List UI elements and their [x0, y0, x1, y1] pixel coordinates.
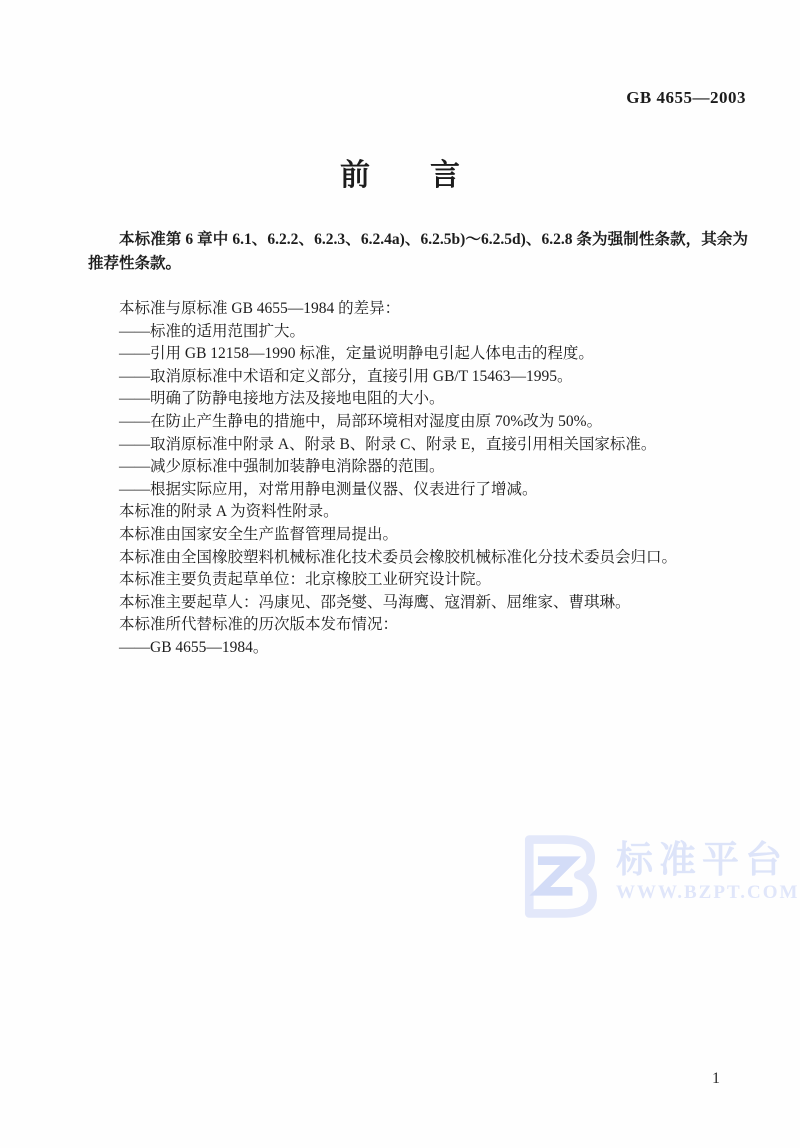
- foreword-line: ——标准的适用范围扩大。: [88, 321, 748, 344]
- page-title: 前 言: [0, 150, 800, 194]
- watermark-name: 标准平台: [616, 840, 799, 880]
- foreword-line: ——明确了防静电接地方法及接地电阻的大小。: [88, 388, 748, 411]
- foreword-line: ——引用 GB 12158—1990 标准，定量说明静电引起人体电击的程度。: [88, 343, 748, 366]
- watermark-url: WWW.BZPT.COM: [616, 882, 799, 904]
- foreword-line: 本标准由国家安全生产监督管理局提出。: [88, 524, 748, 547]
- foreword-line: 本标准所代替标准的历次版本发布情况：: [88, 614, 748, 637]
- mandatory-clauses-paragraph: 本标准第 6 章中 6.1、6.2.2、6.2.3、6.2.4a)、6.2.5b…: [88, 228, 748, 276]
- foreword-line: ——GB 4655—1984。: [88, 637, 748, 660]
- foreword-line: ——根据实际应用，对常用静电测量仪器、仪表进行了增减。: [88, 479, 748, 502]
- bzpt-logo-icon: [512, 828, 608, 929]
- foreword-line: 本标准主要负责起草单位：北京橡胶工业研究设计院。: [88, 569, 748, 592]
- watermark-text-group: 标准平台 WWW.BZPT.COM: [616, 826, 799, 904]
- foreword-line: ——减少原标准中强制加装静电消除器的范围。: [88, 456, 748, 479]
- standard-number: GB 4655—2003: [626, 88, 746, 108]
- page-number: 1: [712, 1070, 720, 1088]
- foreword-line: 本标准的附录 A 为资料性附录。: [88, 501, 748, 524]
- foreword-line: ——取消原标准中附录 A、附录 B、附录 C、附录 E，直接引用相关国家标准。: [88, 434, 748, 457]
- foreword-line: 本标准与原标准 GB 4655—1984 的差异：: [88, 298, 748, 321]
- document-body: 本标准第 6 章中 6.1、6.2.2、6.2.3、6.2.4a)、6.2.5b…: [88, 228, 748, 660]
- foreword-line: 本标准由全国橡胶塑料机械标准化技术委员会橡胶机械标准化分技术委员会归口。: [88, 547, 748, 570]
- bzpt-watermark: 标准平台 WWW.BZPT.COM: [512, 826, 752, 926]
- foreword-line: ——在防止产生静电的措施中，局部环境相对湿度由原 70%改为 50%。: [88, 411, 748, 434]
- foreword-line: ——取消原标准中术语和定义部分，直接引用 GB/T 15463—1995。: [88, 366, 748, 389]
- foreword-line: 本标准主要起草人：冯康见、邵尧燮、马海鹰、寇渭新、屈维家、曹琪琳。: [88, 592, 748, 615]
- foreword-lines: 本标准与原标准 GB 4655—1984 的差异： ——标准的适用范围扩大。 —…: [88, 298, 748, 660]
